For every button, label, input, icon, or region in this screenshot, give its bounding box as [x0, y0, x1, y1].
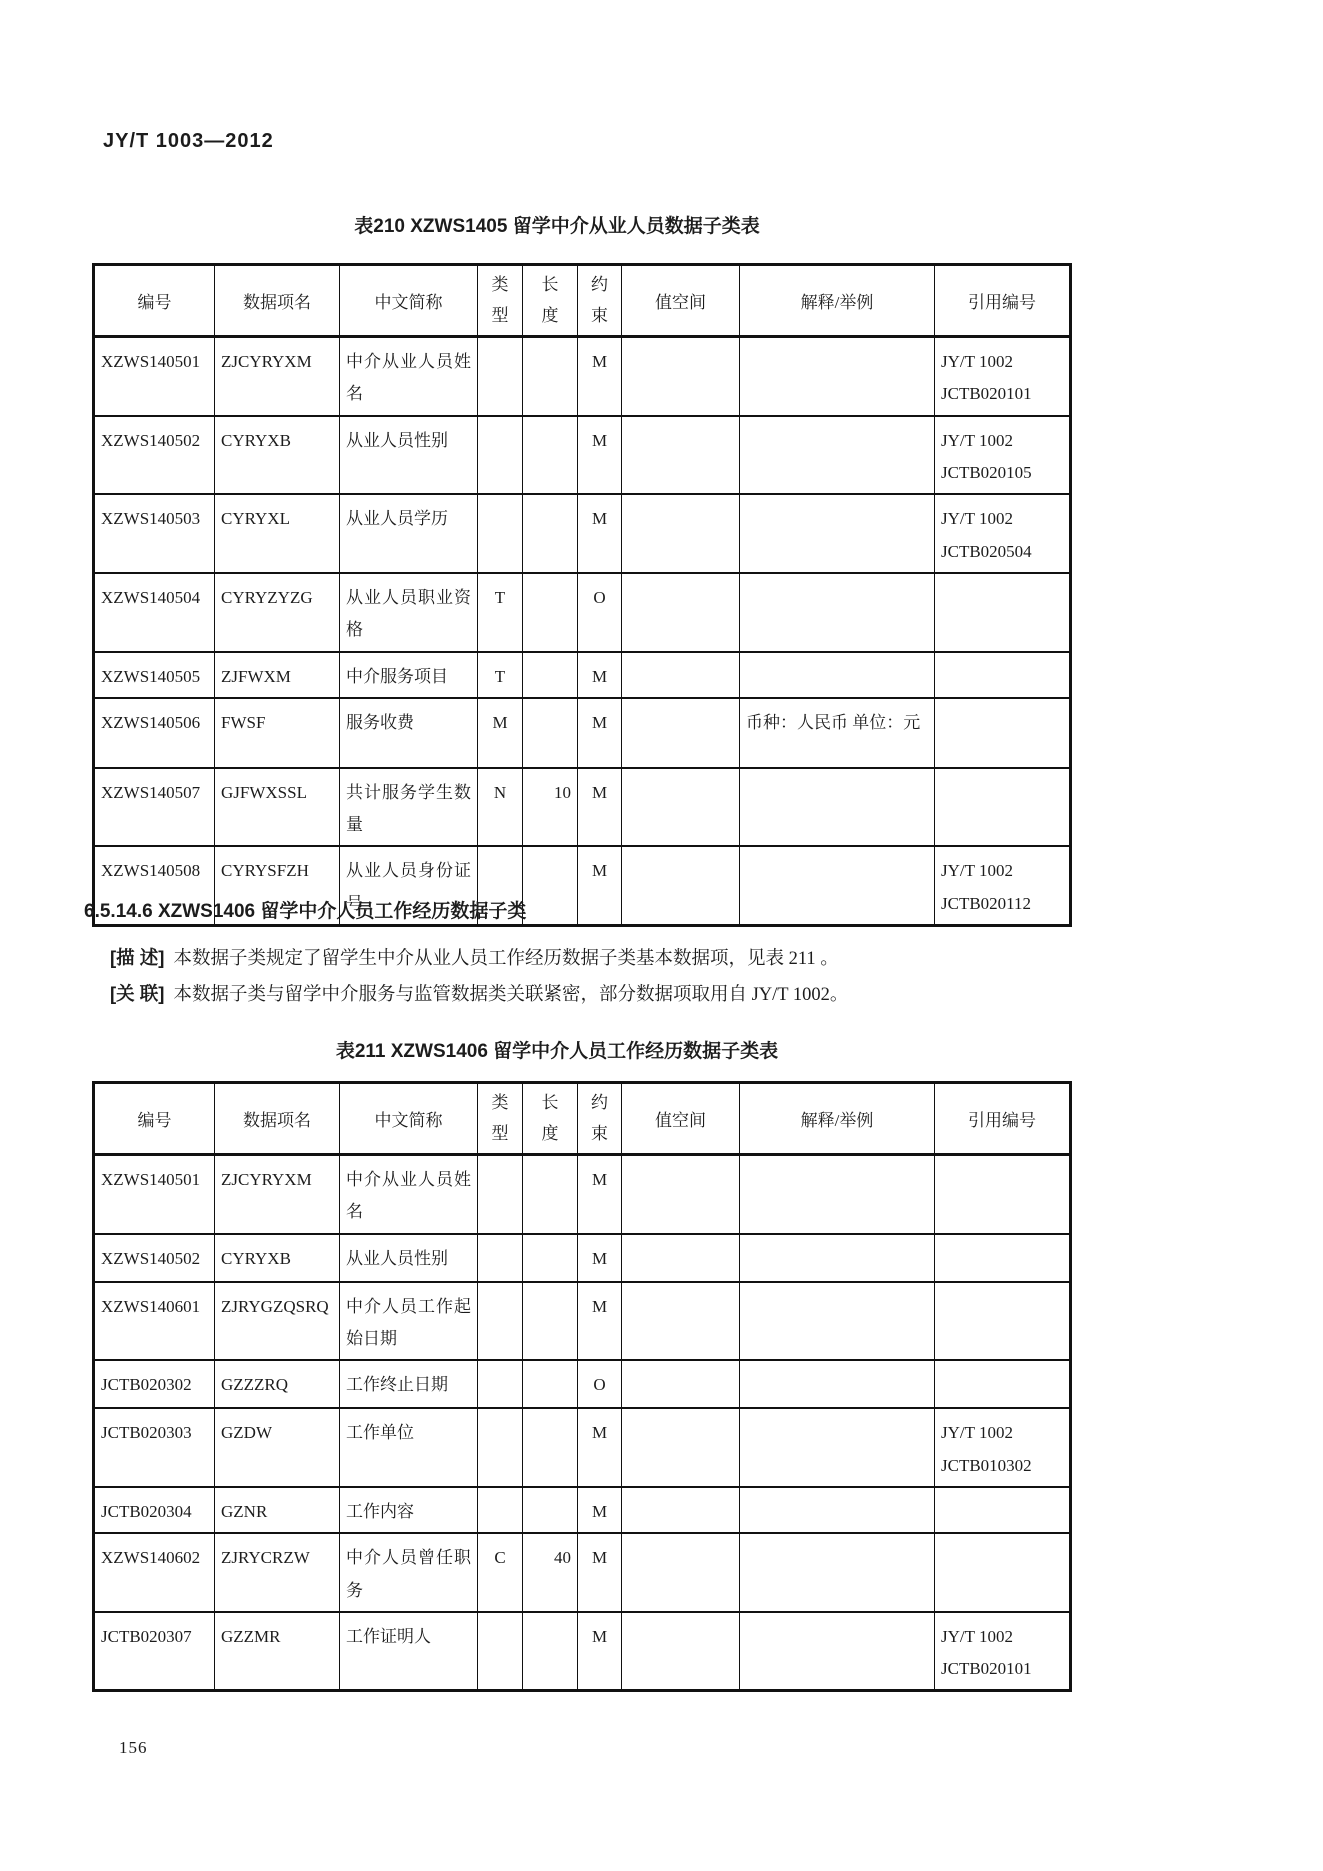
table-row: XZWS140601ZJRYGZQSRQ中介人员工作起始日期M — [94, 1282, 1071, 1361]
table-row: XZWS140501ZJCYRYXM中介从业人员姓名M — [94, 1155, 1071, 1234]
table-cell: 从业人员性别 — [340, 1234, 478, 1282]
table-cell: M — [578, 1612, 622, 1691]
table-cell — [523, 652, 578, 698]
table-cell — [478, 494, 523, 573]
table210: 编号数据项名中文简称类型长度约束值空间解释/举例引用编号XZWS140501ZJ… — [92, 263, 1072, 927]
table-cell: C — [478, 1533, 523, 1612]
table-cell: XZWS140503 — [94, 494, 215, 573]
table-cell — [478, 1360, 523, 1408]
table-cell — [935, 1360, 1071, 1408]
table-cell: ZJCYRYXM — [215, 337, 340, 416]
table-cell: O — [578, 1360, 622, 1408]
table-cell: 中介人员曾任职务 — [340, 1533, 478, 1612]
table-cell — [740, 1533, 935, 1612]
document-page: JY/T 1003—2012 表210 XZWS1405 留学中介从业人员数据子… — [0, 0, 1323, 1871]
table-cell — [740, 573, 935, 652]
column-header: 编号 — [94, 1083, 215, 1155]
table-header-row: 编号数据项名中文简称类型长度约束值空间解释/举例引用编号 — [94, 265, 1071, 337]
table-cell: CYRYZYZG — [215, 573, 340, 652]
table-cell — [622, 573, 740, 652]
table-cell: 从业人员性别 — [340, 416, 478, 495]
table-cell: GZNR — [215, 1487, 340, 1533]
column-header: 数据项名 — [215, 265, 340, 337]
table-cell — [935, 1234, 1071, 1282]
table-cell: ZJRYCRZW — [215, 1533, 340, 1612]
table-cell: ZJCYRYXM — [215, 1155, 340, 1234]
table-cell: 中介从业人员姓名 — [340, 337, 478, 416]
table-cell — [478, 1408, 523, 1487]
table-cell: M — [578, 494, 622, 573]
table-row: JCTB020303GZDW工作单位MJY/T 1002 JCTB010302 — [94, 1408, 1071, 1487]
table-cell: N — [478, 768, 523, 847]
table-cell: M — [578, 337, 622, 416]
table211-caption: 表211 XZWS1406 留学中介人员工作经历数据子类表 — [92, 1036, 1022, 1063]
table-row: XZWS140505ZJFWXM中介服务项目TM — [94, 652, 1071, 698]
table-cell — [523, 337, 578, 416]
table-cell — [740, 1360, 935, 1408]
table-cell: 工作内容 — [340, 1487, 478, 1533]
table-row: XZWS140502CYRYXB从业人员性别M — [94, 1234, 1071, 1282]
table-cell — [622, 1360, 740, 1408]
table-cell — [622, 1487, 740, 1533]
column-header: 约束 — [578, 1083, 622, 1155]
table-cell: T — [478, 652, 523, 698]
table-cell: JY/T 1002 JCTB020112 — [935, 846, 1071, 925]
table-row: XZWS140507GJFWXSSL共计服务学生数量N10M — [94, 768, 1071, 847]
column-header: 约束 — [578, 265, 622, 337]
table-cell: JY/T 1002 JCTB020101 — [935, 1612, 1071, 1691]
table-cell: 中介从业人员姓名 — [340, 1155, 478, 1234]
table-cell — [740, 1487, 935, 1533]
table-cell — [622, 416, 740, 495]
column-header: 编号 — [94, 265, 215, 337]
table-cell — [478, 337, 523, 416]
table-cell — [935, 1282, 1071, 1361]
table-header-row: 编号数据项名中文简称类型长度约束值空间解释/举例引用编号 — [94, 1083, 1071, 1155]
table211: 编号数据项名中文简称类型长度约束值空间解释/举例引用编号XZWS140501ZJ… — [92, 1081, 1072, 1692]
column-header: 引用编号 — [935, 265, 1071, 337]
table-cell — [622, 768, 740, 847]
table210-caption: 表210 XZWS1405 留学中介从业人员数据子类表 — [92, 211, 1022, 238]
table-cell: 工作单位 — [340, 1408, 478, 1487]
table-cell: XZWS140507 — [94, 768, 215, 847]
table-cell — [523, 1408, 578, 1487]
description-paragraph: [描 述]本数据子类规定了留学生中介从业人员工作经历数据子类基本数据项，见表 2… — [110, 944, 1230, 970]
table-cell: M — [578, 1282, 622, 1361]
table-cell — [740, 1155, 935, 1234]
table-cell: 币种：人民币 单位：元 — [740, 698, 935, 768]
table-cell — [740, 846, 935, 925]
table-cell: CYRYXB — [215, 1234, 340, 1282]
table-cell — [740, 652, 935, 698]
table-cell: ZJFWXM — [215, 652, 340, 698]
table-row: XZWS140506FWSF服务收费MM币种：人民币 单位：元 — [94, 698, 1071, 768]
column-header: 解释/举例 — [740, 265, 935, 337]
table-row: JCTB020307GZZMR工作证明人MJY/T 1002 JCTB02010… — [94, 1612, 1071, 1691]
table-cell: XZWS140502 — [94, 1234, 215, 1282]
table-cell — [523, 846, 578, 925]
table-cell: 从业人员职业资格 — [340, 573, 478, 652]
table-cell: JY/T 1002 JCTB020105 — [935, 416, 1071, 495]
table-cell: M — [578, 768, 622, 847]
table-cell: 40 — [523, 1533, 578, 1612]
section-heading: 6.5.14.6 XZWS1406 留学中介人员工作经历数据子类 — [84, 896, 526, 923]
table-cell: M — [578, 846, 622, 925]
column-header: 中文简称 — [340, 1083, 478, 1155]
table-cell — [478, 416, 523, 495]
table-cell — [622, 1234, 740, 1282]
table-cell — [523, 573, 578, 652]
table-cell — [523, 698, 578, 768]
table-cell — [478, 1487, 523, 1533]
table-cell: XZWS140501 — [94, 337, 215, 416]
table-cell — [740, 337, 935, 416]
table-cell — [935, 573, 1071, 652]
page-number: 156 — [119, 1738, 148, 1758]
table-cell — [935, 1155, 1071, 1234]
column-header: 数据项名 — [215, 1083, 340, 1155]
column-header: 长度 — [523, 1083, 578, 1155]
table-cell: 服务收费 — [340, 698, 478, 768]
table-cell: XZWS140601 — [94, 1282, 215, 1361]
table-cell — [622, 1612, 740, 1691]
table-cell — [740, 416, 935, 495]
table-row: XZWS140504CYRYZYZG从业人员职业资格TO — [94, 573, 1071, 652]
column-header: 值空间 — [622, 265, 740, 337]
table-row: XZWS140502CYRYXB从业人员性别MJY/T 1002 JCTB020… — [94, 416, 1071, 495]
column-header: 解释/举例 — [740, 1083, 935, 1155]
table-cell: JCTB020307 — [94, 1612, 215, 1691]
table-cell: GZDW — [215, 1408, 340, 1487]
table-cell — [740, 494, 935, 573]
table-cell: T — [478, 573, 523, 652]
table-cell: M — [578, 1487, 622, 1533]
table-cell: JY/T 1002 JCTB010302 — [935, 1408, 1071, 1487]
table-cell — [622, 846, 740, 925]
table-cell — [523, 1487, 578, 1533]
table-cell — [523, 1282, 578, 1361]
table-cell: CYRYXL — [215, 494, 340, 573]
table-cell: CYRYXB — [215, 416, 340, 495]
table-cell — [935, 768, 1071, 847]
table-cell — [478, 1282, 523, 1361]
table-cell — [740, 1282, 935, 1361]
table-cell: XZWS140506 — [94, 698, 215, 768]
table-cell: XZWS140505 — [94, 652, 215, 698]
table-cell: XZWS140504 — [94, 573, 215, 652]
column-header: 类型 — [478, 265, 523, 337]
table-cell — [740, 1408, 935, 1487]
table-row: XZWS140503CYRYXL从业人员学历MJY/T 1002 JCTB020… — [94, 494, 1071, 573]
table-cell: 中介人员工作起始日期 — [340, 1282, 478, 1361]
relation-text: 本数据子类与留学中介服务与监管数据类关联紧密，部分数据项取用自 JY/T 100… — [173, 985, 848, 1005]
table-cell: XZWS140501 — [94, 1155, 215, 1234]
table-cell: GZZMR — [215, 1612, 340, 1691]
table-cell — [622, 652, 740, 698]
relation-label: [关 联] — [110, 983, 164, 1004]
table-cell — [622, 337, 740, 416]
table-row: XZWS140501ZJCYRYXM中介从业人员姓名MJY/T 1002 JCT… — [94, 337, 1071, 416]
table-cell: JY/T 1002 JCTB020504 — [935, 494, 1071, 573]
table-cell — [523, 416, 578, 495]
table-cell — [935, 1487, 1071, 1533]
table-cell: M — [578, 1234, 622, 1282]
table-cell — [523, 1155, 578, 1234]
table-cell: XZWS140602 — [94, 1533, 215, 1612]
table-cell — [740, 1234, 935, 1282]
table-cell: FWSF — [215, 698, 340, 768]
description-label: [描 述] — [110, 947, 164, 968]
table-cell — [523, 1234, 578, 1282]
table-cell: M — [578, 416, 622, 495]
table-cell: 中介服务项目 — [340, 652, 478, 698]
table-cell — [622, 698, 740, 768]
table-cell — [523, 1360, 578, 1408]
column-header: 引用编号 — [935, 1083, 1071, 1155]
table-cell — [935, 652, 1071, 698]
table-cell — [622, 494, 740, 573]
table-cell — [622, 1282, 740, 1361]
column-header: 类型 — [478, 1083, 523, 1155]
table-cell: O — [578, 573, 622, 652]
table-cell: JCTB020304 — [94, 1487, 215, 1533]
table-cell — [935, 1533, 1071, 1612]
table-cell — [622, 1408, 740, 1487]
table-cell: GJFWXSSL — [215, 768, 340, 847]
table-cell — [622, 1155, 740, 1234]
column-header: 长度 — [523, 265, 578, 337]
table-row: JCTB020302GZZZRQ工作终止日期O — [94, 1360, 1071, 1408]
table-cell: JCTB020302 — [94, 1360, 215, 1408]
table-cell: M — [578, 1155, 622, 1234]
table-cell — [478, 1612, 523, 1691]
table-cell: M — [578, 698, 622, 768]
table-row: JCTB020304GZNR工作内容M — [94, 1487, 1071, 1533]
table-cell: M — [578, 1533, 622, 1612]
table-cell: M — [578, 1408, 622, 1487]
table-cell — [740, 768, 935, 847]
table-cell: M — [578, 652, 622, 698]
relation-paragraph: [关 联]本数据子类与留学中介服务与监管数据类关联紧密，部分数据项取用自 JY/… — [110, 980, 1230, 1006]
table-cell: 工作证明人 — [340, 1612, 478, 1691]
column-header: 值空间 — [622, 1083, 740, 1155]
table-cell — [523, 1612, 578, 1691]
table-cell: M — [478, 698, 523, 768]
table-cell: 共计服务学生数量 — [340, 768, 478, 847]
table-cell: 10 — [523, 768, 578, 847]
document-standard-number: JY/T 1003—2012 — [103, 130, 274, 153]
table-cell — [478, 1155, 523, 1234]
table-cell: ZJRYGZQSRQ — [215, 1282, 340, 1361]
column-header: 中文简称 — [340, 265, 478, 337]
table-cell: 工作终止日期 — [340, 1360, 478, 1408]
table-cell: 从业人员学历 — [340, 494, 478, 573]
table-cell: JY/T 1002 JCTB020101 — [935, 337, 1071, 416]
table-cell — [478, 1234, 523, 1282]
table-cell: GZZZRQ — [215, 1360, 340, 1408]
description-text: 本数据子类规定了留学生中介从业人员工作经历数据子类基本数据项，见表 211 。 — [173, 949, 838, 969]
table-cell — [622, 1533, 740, 1612]
table-cell: JCTB020303 — [94, 1408, 215, 1487]
table-cell — [740, 1612, 935, 1691]
table-cell: XZWS140502 — [94, 416, 215, 495]
table-cell — [523, 494, 578, 573]
table-cell — [935, 698, 1071, 768]
table-row: XZWS140602ZJRYCRZW中介人员曾任职务C40M — [94, 1533, 1071, 1612]
